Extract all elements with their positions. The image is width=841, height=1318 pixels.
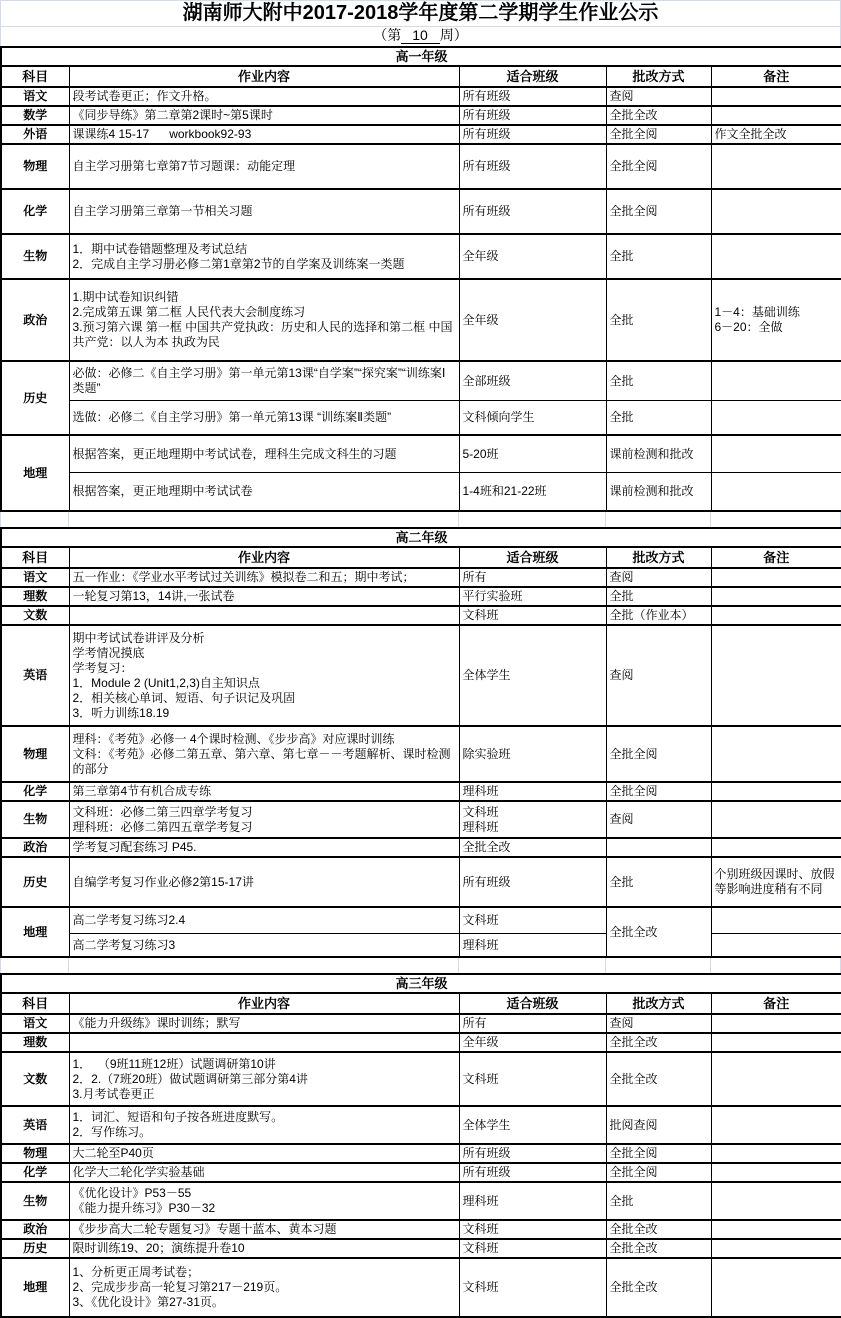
content-cell — [69, 606, 459, 625]
note-cell — [711, 907, 841, 934]
grading-cell: 全批全改 — [606, 106, 711, 125]
table-row: 选做：必修二《自主学习册》第一单元第13课 “训练案Ⅱ类题”文科倾向学生全批 — [1, 401, 841, 436]
grading-cell: 全批全阅 — [606, 1163, 711, 1182]
classes-cell: 全体学生 — [459, 625, 606, 726]
subject-cell: 生物 — [1, 234, 69, 279]
grading-cell: 全批全阅 — [606, 782, 711, 801]
grading-cell: 全批全改 — [606, 1052, 711, 1106]
classes-cell: 所有班级 — [459, 87, 606, 106]
table-row: 理数全年级全批全改 — [1, 1033, 841, 1052]
table-row: 语文段考试卷更正；作文升格。所有班级查阅 — [1, 87, 841, 106]
grading-cell: 查阅 — [606, 568, 711, 587]
content-cell: 1.期中试卷知识纠错 2.完成第五课 第二框 人民代表大会制度练习 3.预习第六… — [69, 279, 459, 361]
note-cell — [711, 625, 841, 726]
subject-cell: 政治 — [1, 1220, 69, 1239]
table-row: 物理理科：《考苑》必修一 4个课时检测、《步步高》对应课时训练 文科：《考苑》必… — [1, 726, 841, 782]
table-row: 数学《同步导练》第二章第2课时~第5课时所有班级全批全改 — [1, 106, 841, 125]
subject-cell: 地理 — [1, 435, 69, 511]
content-cell: 《步步高大二轮专题复习》专题十蓝本、黄本习题 — [69, 1220, 459, 1239]
subject-cell: 数学 — [1, 106, 69, 125]
subject-cell: 语文 — [1, 1014, 69, 1033]
content-cell: 文科班：必修二第三四章学考复习 理科班：必修二第四五章学考复习 — [69, 801, 459, 838]
grading-cell: 全批 — [606, 1182, 711, 1220]
classes-cell: 1-4班和21-22班 — [459, 473, 606, 512]
section-row: 高三年级 — [1, 974, 841, 993]
content-cell: 1． （9班11班12班）试题调研第10讲 2．2.（7班20班）做试题调研第三… — [69, 1052, 459, 1106]
grading-cell: 全批全阅 — [606, 1144, 711, 1163]
content-cell: 一轮复习第13，14讲,一张试卷 — [69, 587, 459, 606]
table-row: 化学第三章第4节有机合成专练理科班全批全阅 — [1, 782, 841, 801]
note-cell: 个别班级因课时、放假等影响进度稍有不同 — [711, 857, 841, 907]
subject-cell: 化学 — [1, 1163, 69, 1182]
note-cell — [711, 473, 841, 512]
note-cell — [711, 1014, 841, 1033]
note-cell — [711, 1106, 841, 1144]
table-row: 化学自主学习册第三章第一节相关习题所有班级全批全阅 — [1, 189, 841, 234]
content-cell: 《能力升级练》课时训练；默写 — [69, 1014, 459, 1033]
content-cell: 选做：必修二《自主学习册》第一单元第13课 “训练案Ⅱ类题” — [69, 401, 459, 436]
grading-cell: 查阅 — [606, 625, 711, 726]
classes-cell: 理科班 — [459, 934, 606, 958]
content-cell: 高二学考复习练习3 — [69, 934, 459, 958]
classes-cell: 所有班级 — [459, 857, 606, 907]
table-row: 语文五一作业：《学业水平考试过关训练》模拟卷二和五；期中考试；所有查阅 — [1, 568, 841, 587]
note-cell — [711, 234, 841, 279]
header-row: 科目 作业内容 适合班级 批改方式 备注 — [1, 993, 841, 1014]
grading-cell: 全批（作业本） — [606, 606, 711, 625]
column-header-content: 作业内容 — [69, 66, 459, 87]
grading-cell: 批阅查阅 — [606, 1106, 711, 1144]
content-cell: 根据答案，更正地理期中考试试卷，理科生完成文科生的习题 — [69, 435, 459, 473]
content-cell: 1．词汇、短语和句子按各班进度默写。 2．写作练习。 — [69, 1106, 459, 1144]
grading-cell: 查阅 — [606, 87, 711, 106]
classes-cell: 所有班级 — [459, 106, 606, 125]
classes-cell: 5-20班 — [459, 435, 606, 473]
classes-cell: 理科班 — [459, 1182, 606, 1220]
classes-cell: 全体学生 — [459, 1106, 606, 1144]
grading-cell: 全批全改 — [606, 1220, 711, 1239]
classes-cell: 理科班 — [459, 782, 606, 801]
subject-cell: 英语 — [1, 1106, 69, 1144]
grade2-rows: 语文五一作业：《学业水平考试过关训练》模拟卷二和五；期中考试；所有查阅理数一轮复… — [1, 568, 841, 957]
note-cell — [711, 1033, 841, 1052]
column-header-subject: 科目 — [1, 547, 69, 568]
section-row: 高一年级 — [1, 47, 841, 66]
table-row: 文数文科班全批（作业本） — [1, 606, 841, 625]
note-cell — [711, 606, 841, 625]
grading-cell: 课前检测和批改 — [606, 435, 711, 473]
column-header-content: 作业内容 — [69, 547, 459, 568]
classes-cell: 平行实验班 — [459, 587, 606, 606]
table-row: 地理1、分析更正周考试卷； 2、完成步步高一轮复习第217－219页。 3、《优… — [1, 1258, 841, 1317]
table-row: 物理大二轮至P40页所有班级全批全阅 — [1, 1144, 841, 1163]
grading-cell: 全批全阅 — [606, 144, 711, 189]
classes-cell: 所有班级 — [459, 125, 606, 144]
note-cell — [711, 726, 841, 782]
note-cell — [711, 1052, 841, 1106]
note-cell — [711, 361, 841, 401]
column-header-note: 备注 — [711, 66, 841, 87]
title-block: 湖南师大附中2017-2018学年度第二学期学生作业公示 （第10周） — [0, 0, 841, 46]
table-row: 外语课课练4 15-17 workbook92-93所有班级全批全阅作文全批全改 — [1, 125, 841, 144]
content-cell: 第三章第4节有机合成专练 — [69, 782, 459, 801]
table-row: 英语1．词汇、短语和句子按各班进度默写。 2．写作练习。全体学生批阅查阅 — [1, 1106, 841, 1144]
table-row: 文数1． （9班11班12班）试题调研第10讲 2．2.（7班20班）做试题调研… — [1, 1052, 841, 1106]
note-cell — [711, 1258, 841, 1317]
grade2-table: 高二年级 科目 作业内容 适合班级 批改方式 备注 语文五一作业：《学业水平考试… — [0, 527, 841, 958]
content-cell: 《优化设计》P53－55 《能力提升练习》P30－32 — [69, 1182, 459, 1220]
week-subtitle: （第10周） — [1, 27, 840, 46]
column-header-note: 备注 — [711, 993, 841, 1014]
subtitle-prefix: （第 — [373, 27, 401, 43]
content-cell — [69, 1033, 459, 1052]
grade1-table: 高一年级 科目 作业内容 适合班级 批改方式 备注 语文段考试卷更正；作文升格。… — [0, 46, 841, 512]
table-row: 历史限时训练19、20；演练提升卷10文科班全批全改 — [1, 1239, 841, 1258]
grading-cell: 查阅 — [606, 801, 711, 838]
table-row: 历史必做：必修二《自主学习册》第一单元第13课“自学案”“探究案”“训练案Ⅰ类题… — [1, 361, 841, 401]
classes-cell: 所有班级 — [459, 1163, 606, 1182]
content-cell: 自主学习册第三章第一节相关习题 — [69, 189, 459, 234]
subject-cell: 生物 — [1, 801, 69, 838]
classes-cell: 所有 — [459, 1014, 606, 1033]
subject-cell: 化学 — [1, 189, 69, 234]
grading-cell: 全批 — [606, 279, 711, 361]
note-cell — [711, 401, 841, 436]
section-title: 高二年级 — [1, 528, 841, 547]
table-row: 化学化学大二轮化学实验基础所有班级全批全阅 — [1, 1163, 841, 1182]
table-row: 政治《步步高大二轮专题复习》专题十蓝本、黄本习题文科班全批全改 — [1, 1220, 841, 1239]
content-cell: 大二轮至P40页 — [69, 1144, 459, 1163]
classes-cell: 所有班级 — [459, 144, 606, 189]
classes-cell: 文科班 — [459, 1239, 606, 1258]
header-row: 科目 作业内容 适合班级 批改方式 备注 — [1, 547, 841, 568]
subject-cell: 历史 — [1, 1239, 69, 1258]
grading-cell: 全批 — [606, 857, 711, 907]
note-cell — [711, 1163, 841, 1182]
content-cell: 《同步导练》第二章第2课时~第5课时 — [69, 106, 459, 125]
column-header-subject: 科目 — [1, 993, 69, 1014]
grading-cell: 全批全阅 — [606, 189, 711, 234]
note-cell — [711, 87, 841, 106]
column-header-classes: 适合班级 — [459, 993, 606, 1014]
content-cell: 段考试卷更正；作文升格。 — [69, 87, 459, 106]
column-header-grading: 批改方式 — [606, 547, 711, 568]
grading-cell: 全批全改 — [606, 907, 711, 957]
classes-cell: 文科班 — [459, 907, 606, 934]
grading-cell: 全批全改 — [606, 1258, 711, 1317]
section-row: 高二年级 — [1, 528, 841, 547]
subject-cell: 物理 — [1, 1144, 69, 1163]
grading-cell — [606, 838, 711, 857]
note-cell: 1－4：基础训练 6－20：全做 — [711, 279, 841, 361]
classes-cell: 文科班 — [459, 606, 606, 625]
subject-cell: 语文 — [1, 87, 69, 106]
subject-cell: 外语 — [1, 125, 69, 144]
content-cell: 自主学习册第七章第7节习题课：动能定理 — [69, 144, 459, 189]
note-cell — [711, 1182, 841, 1220]
grading-cell: 全批 — [606, 234, 711, 279]
spacer-row — [0, 512, 841, 527]
note-cell — [711, 934, 841, 958]
column-header-grading: 批改方式 — [606, 993, 711, 1014]
spacer-row — [0, 958, 841, 973]
classes-cell: 全年级 — [459, 234, 606, 279]
note-cell — [711, 1144, 841, 1163]
classes-cell: 所有班级 — [459, 189, 606, 234]
note-cell — [711, 1220, 841, 1239]
grading-cell: 全批 — [606, 587, 711, 606]
table-row: 地理根据答案，更正地理期中考试试卷，理科生完成文科生的习题5-20班课前检测和批… — [1, 435, 841, 473]
grading-cell: 全批全阅 — [606, 726, 711, 782]
content-cell: 自编学考复习作业必修2第15-17讲 — [69, 857, 459, 907]
note-cell — [711, 144, 841, 189]
grading-cell: 全批全阅 — [606, 125, 711, 144]
column-header-note: 备注 — [711, 547, 841, 568]
subject-cell: 政治 — [1, 279, 69, 361]
content-cell: 五一作业：《学业水平考试过关训练》模拟卷二和五；期中考试； — [69, 568, 459, 587]
page-title: 湖南师大附中2017-2018学年度第二学期学生作业公示 — [1, 1, 840, 27]
note-cell — [711, 189, 841, 234]
classes-cell: 文科班 理科班 — [459, 801, 606, 838]
content-cell: 1．期中试卷错题整理及考试总结 2．完成自主学习册必修二第1章第2节的自学案及训… — [69, 234, 459, 279]
content-cell: 1、分析更正周考试卷； 2、完成步步高一轮复习第217－219页。 3、《优化设… — [69, 1258, 459, 1317]
classes-cell: 除实验班 — [459, 726, 606, 782]
grade3-rows: 语文《能力升级练》课时训练；默写所有查阅理数全年级全批全改文数1． （9班11班… — [1, 1014, 841, 1317]
content-cell: 学考复习配套练习 P45. — [69, 838, 459, 857]
classes-cell: 文科班 — [459, 1052, 606, 1106]
note-cell — [711, 587, 841, 606]
table-row: 生物1．期中试卷错题整理及考试总结 2．完成自主学习册必修二第1章第2节的自学案… — [1, 234, 841, 279]
subject-cell: 语文 — [1, 568, 69, 587]
table-row: 政治1.期中试卷知识纠错 2.完成第五课 第二框 人民代表大会制度练习 3.预习… — [1, 279, 841, 361]
column-header-grading: 批改方式 — [606, 66, 711, 87]
column-header-classes: 适合班级 — [459, 547, 606, 568]
grading-cell: 课前检测和批改 — [606, 473, 711, 512]
table-row: 高二学考复习练习3理科班 — [1, 934, 841, 958]
subject-cell: 物理 — [1, 144, 69, 189]
table-row: 物理自主学习册第七章第7节习题课：动能定理所有班级全批全阅 — [1, 144, 841, 189]
subject-cell: 生物 — [1, 1182, 69, 1220]
note-cell: 作文全批全改 — [711, 125, 841, 144]
classes-cell: 全部班级 — [459, 361, 606, 401]
section-title: 高三年级 — [1, 974, 841, 993]
content-cell: 限时训练19、20；演练提升卷10 — [69, 1239, 459, 1258]
note-cell — [711, 838, 841, 857]
table-row: 根据答案，更正地理期中考试试卷1-4班和21-22班课前检测和批改 — [1, 473, 841, 512]
column-header-subject: 科目 — [1, 66, 69, 87]
table-row: 地理高二学考复习练习2.4文科班全批全改 — [1, 907, 841, 934]
section-title: 高一年级 — [1, 47, 841, 66]
classes-cell: 文科班 — [459, 1258, 606, 1317]
table-row: 历史自编学考复习作业必修2第15-17讲所有班级全批个别班级因课时、放假等影响进… — [1, 857, 841, 907]
subject-cell: 地理 — [1, 1258, 69, 1317]
subtitle-suffix: 周） — [440, 27, 468, 43]
subject-cell: 历史 — [1, 361, 69, 435]
content-cell: 理科：《考苑》必修一 4个课时检测、《步步高》对应课时训练 文科：《考苑》必修二… — [69, 726, 459, 782]
table-row: 语文《能力升级练》课时训练；默写所有查阅 — [1, 1014, 841, 1033]
note-cell — [711, 782, 841, 801]
classes-cell: 全年级 — [459, 1033, 606, 1052]
subject-cell: 地理 — [1, 907, 69, 957]
note-cell — [711, 568, 841, 587]
note-cell — [711, 1239, 841, 1258]
classes-cell: 文科倾向学生 — [459, 401, 606, 436]
content-cell: 期中考试试卷讲评及分析 学考情况摸底 学考复习： 1．Module 2 (Uni… — [69, 625, 459, 726]
content-cell: 高二学考复习练习2.4 — [69, 907, 459, 934]
subject-cell: 文数 — [1, 606, 69, 625]
worksheet: 湖南师大附中2017-2018学年度第二学期学生作业公示 （第10周） 高一年级… — [0, 0, 841, 1318]
table-row: 理数一轮复习第13，14讲,一张试卷平行实验班全批 — [1, 587, 841, 606]
subject-cell: 文数 — [1, 1052, 69, 1106]
classes-cell: 所有班级 — [459, 1144, 606, 1163]
table-row: 生物《优化设计》P53－55 《能力提升练习》P30－32理科班全批 — [1, 1182, 841, 1220]
grading-cell: 全批全改 — [606, 1239, 711, 1258]
table-row: 英语期中考试试卷讲评及分析 学考情况摸底 学考复习： 1．Module 2 (U… — [1, 625, 841, 726]
table-row: 政治学考复习配套练习 P45.全批全改 — [1, 838, 841, 857]
grading-cell: 全批 — [606, 401, 711, 436]
subject-cell: 历史 — [1, 857, 69, 907]
subject-cell: 理数 — [1, 1033, 69, 1052]
classes-cell: 文科班 — [459, 1220, 606, 1239]
classes-cell: 全批全改 — [459, 838, 606, 857]
grade1-rows: 语文段考试卷更正；作文升格。所有班级查阅数学《同步导练》第二章第2课时~第5课时… — [1, 87, 841, 511]
subject-cell: 物理 — [1, 726, 69, 782]
content-cell: 必做：必修二《自主学习册》第一单元第13课“自学案”“探究案”“训练案Ⅰ类题” — [69, 361, 459, 401]
note-cell — [711, 106, 841, 125]
column-header-classes: 适合班级 — [459, 66, 606, 87]
grading-cell: 查阅 — [606, 1014, 711, 1033]
column-header-content: 作业内容 — [69, 993, 459, 1014]
note-cell — [711, 435, 841, 473]
header-row: 科目 作业内容 适合班级 批改方式 备注 — [1, 66, 841, 87]
subject-cell: 英语 — [1, 625, 69, 726]
content-cell: 根据答案，更正地理期中考试试卷 — [69, 473, 459, 512]
grading-cell: 全批 — [606, 361, 711, 401]
content-cell: 课课练4 15-17 workbook92-93 — [69, 125, 459, 144]
week-number: 10 — [401, 27, 440, 44]
subject-cell: 政治 — [1, 838, 69, 857]
subject-cell: 化学 — [1, 782, 69, 801]
grading-cell: 全批全改 — [606, 1033, 711, 1052]
classes-cell: 所有 — [459, 568, 606, 587]
grade3-table: 高三年级 科目 作业内容 适合班级 批改方式 备注 语文《能力升级练》课时训练；… — [0, 973, 841, 1318]
note-cell — [711, 801, 841, 838]
classes-cell: 全年级 — [459, 279, 606, 361]
subject-cell: 理数 — [1, 587, 69, 606]
content-cell: 化学大二轮化学实验基础 — [69, 1163, 459, 1182]
table-row: 生物文科班：必修二第三四章学考复习 理科班：必修二第四五章学考复习文科班 理科班… — [1, 801, 841, 838]
